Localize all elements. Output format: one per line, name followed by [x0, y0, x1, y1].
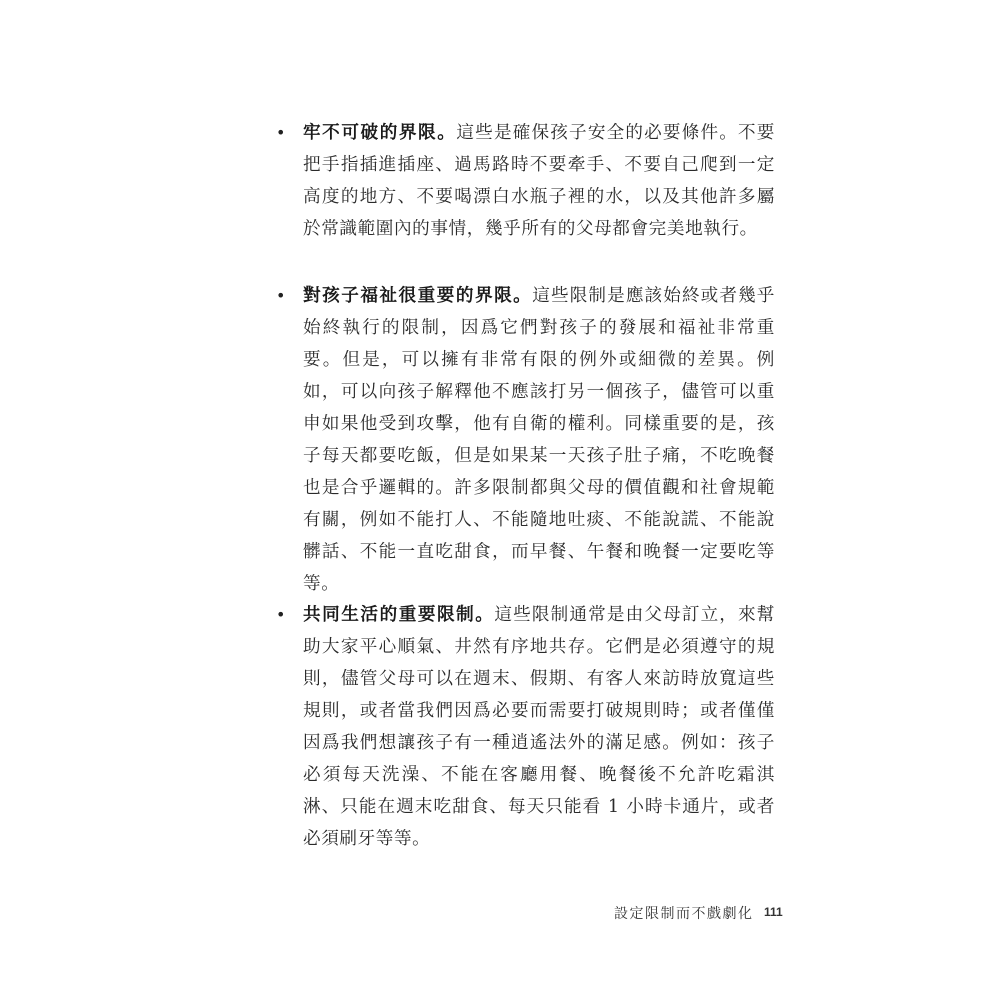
item-body: 這些限制通常是由父母訂立，來幫助大家平心順氣、井然有序地共存。它們是必須遵守的規… [303, 605, 775, 849]
item-heading: 共同生活的重要限制。 [303, 605, 494, 625]
page-number: 111 [764, 905, 783, 919]
list-item-living-together-limits: • 共同生活的重要限制。這些限制通常是由父母訂立，來幫助大家平心順氣、井然有序地… [303, 599, 775, 855]
bullet-icon: • [276, 280, 286, 312]
list-item-wellbeing-limits: • 對孩子福祉很重要的界限。這些限制是應該始終或者幾乎始終執行的限制，因爲它們對… [303, 280, 775, 600]
running-footer-title: 設定限制而不戲劇化 [614, 903, 754, 923]
item-body: 這些限制是應該始終或者幾乎始終執行的限制，因爲它們對孩子的發展和福祉非常重要。但… [303, 286, 775, 594]
bullet-icon: • [276, 117, 286, 149]
bullet-icon: • [276, 599, 286, 631]
item-heading: 對孩子福祉很重要的界限。 [303, 286, 532, 306]
item-heading: 牢不可破的界限。 [303, 123, 456, 143]
list-item-unbreakable-limits: • 牢不可破的界限。這些是確保孩子安全的必要條件。不要把手指插進插座、過馬路時不… [303, 117, 775, 245]
book-page: • 牢不可破的界限。這些是確保孩子安全的必要條件。不要把手指插進插座、過馬路時不… [0, 0, 1000, 1000]
